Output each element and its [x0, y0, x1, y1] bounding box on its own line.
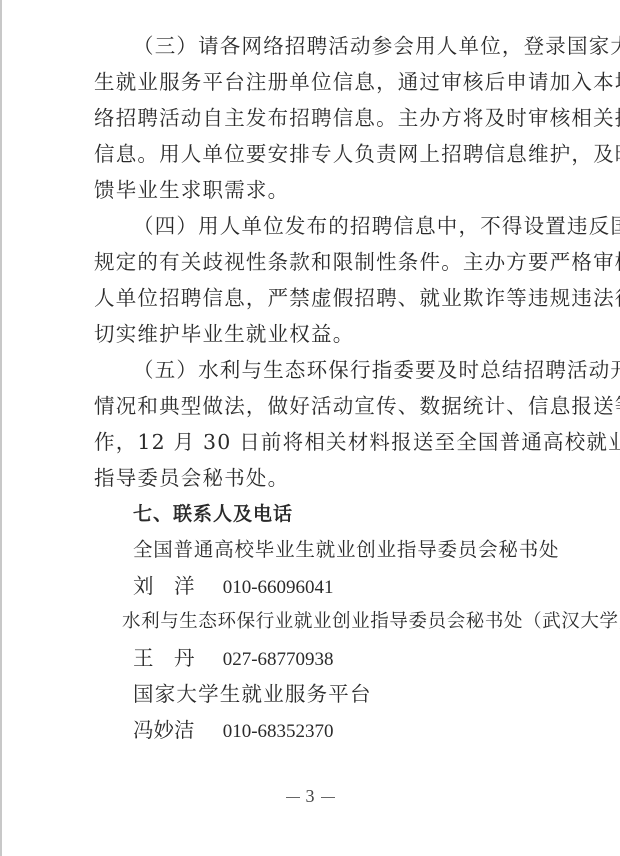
paragraph-4-line-3: 人单位招聘信息，严禁虚假招聘、就业欺诈等违规违法行为， [94, 286, 620, 310]
contact-3-organization: 国家大学生就业服务平台 [133, 682, 372, 706]
paragraph-3-line-3: 络招聘活动自主发布招聘信息。主办方将及时审核相关招聘 [94, 106, 620, 130]
contact-3-name: 冯妙洁 [133, 718, 215, 742]
paragraph-3-line-4: 信息。用人单位要安排专人负责网上招聘信息维护，及时反 [94, 142, 620, 166]
contact-1-name: 刘 洋 [133, 574, 215, 598]
contact-2-row: 王 丹 027-68770938 [133, 646, 334, 672]
paragraph-5-line-2: 情况和典型做法，做好活动宣传、数据统计、信息报送等工 [94, 394, 620, 418]
paragraph-5-line-3: 作，12 月 30 日前将相关材料报送至全国普通高校就业创业 [94, 430, 620, 454]
paragraph-4-line-1: （四）用人单位发布的招聘信息中，不得设置违反国家 [133, 214, 620, 238]
contact-2-name: 王 丹 [133, 646, 215, 670]
page-number-footer: 3 [0, 786, 620, 807]
paragraph-4-line-2: 规定的有关歧视性条款和限制性条件。主办方要严格审核用 [94, 250, 620, 274]
paragraph-3-line-2: 生就业服务平台注册单位信息，通过审核后申请加入本场网 [94, 70, 620, 94]
paragraph-3-line-1: （三）请各网络招聘活动参会用人单位，登录国家大学 [133, 34, 620, 58]
paragraph-4-line-4: 切实维护毕业生就业权益。 [94, 322, 354, 346]
contact-2-phone: 027-68770938 [223, 649, 334, 670]
contact-1-phone: 010-66096041 [223, 577, 334, 598]
document-page: （三）请各网络招聘活动参会用人单位，登录国家大学 生就业服务平台注册单位信息，通… [0, 0, 620, 856]
contact-3-phone: 010-68352370 [223, 721, 334, 742]
page-number: 3 [306, 786, 315, 806]
section-heading-contacts: 七、联系人及电话 [133, 502, 293, 526]
dash-right [321, 797, 335, 798]
contact-1-row: 刘 洋 010-66096041 [133, 574, 334, 600]
paragraph-5-line-4: 指导委员会秘书处。 [94, 466, 289, 490]
contact-2-organization: 水利与生态环保行业就业创业指导委员会秘书处（武汉大学） [122, 610, 620, 634]
paragraph-5-line-1: （五）水利与生态环保行指委要及时总结招聘活动开展 [133, 358, 620, 382]
paragraph-3-line-5: 馈毕业生求职需求。 [94, 178, 289, 202]
dash-left [286, 797, 300, 798]
contact-3-row: 冯妙洁 010-68352370 [133, 718, 334, 744]
contact-1-organization: 全国普通高校毕业生就业创业指导委员会秘书处 [133, 538, 559, 562]
